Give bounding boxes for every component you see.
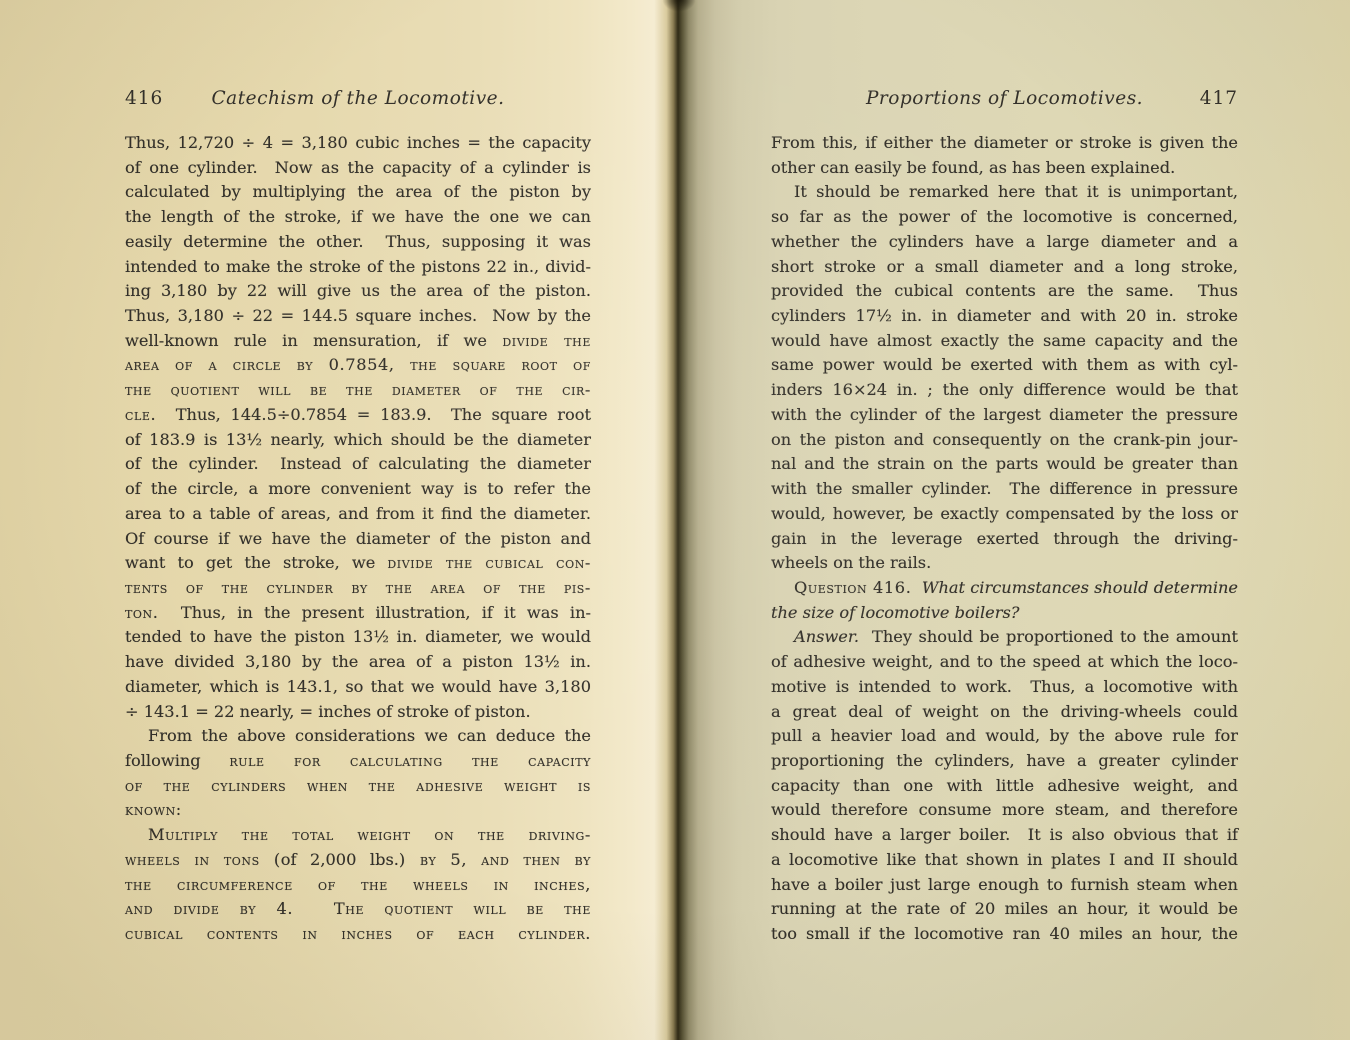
text-line: and divide by 4. The quotient will be th… [125,897,591,922]
body-text: of 183.9 is 13½ nearly, which should be … [125,430,591,449]
text-line: of one cylinder. Now as the capacity of … [125,156,591,181]
text-line: should have a larger boiler. It is also … [771,823,1238,848]
body-text: following [125,751,229,770]
body-text: wheels on the rails. [771,553,931,572]
text-line: Thus, 3,180 ÷ 22 = 144.5 square inches. … [125,304,591,329]
text-line: the quotient will be the diameter of the… [125,378,591,403]
text-line: short stroke or a small diameter and a l… [771,255,1238,280]
small-caps-text: the quotient will be the diameter of the… [125,380,591,399]
text-line: From this, if either the diameter or str… [771,131,1238,156]
left-page-text-block: Thus, 12,720 ÷ 4 = 3,180 cubic inches = … [125,131,591,947]
body-text: with the cylinder of the largest diamete… [771,405,1238,424]
body-text: a locomotive like that shown in plates I… [771,850,1238,869]
text-line: From the above considerations we can ded… [125,724,591,749]
body-text: It should be remarked here that it is un… [794,182,1238,201]
body-text: would therefore consume more steam, and … [771,800,1238,819]
body-text: running at the rate of 20 miles an hour,… [771,899,1238,918]
left-running-title: Catechism of the Locomotive. [125,88,591,109]
text-line: would therefore consume more steam, and … [771,798,1238,823]
text-line: Question 416. What circumstances should … [771,576,1238,601]
body-text: tended to have the piston 13½ in. diamet… [125,627,591,646]
small-caps-text: of the cylinders when the adhesive weigh… [125,776,591,795]
right-page-header: Proportions of Locomotives. 417 [771,88,1238,116]
text-line: whether the cylinders have a large diame… [771,230,1238,255]
text-line: provided the cubical contents are the sa… [771,279,1238,304]
small-caps-text: divide the cubical con- [387,553,591,572]
right-page: Proportions of Locomotives. 417 From thi… [678,0,1350,1040]
text-line: capacity than one with little adhesive w… [771,774,1238,799]
small-caps-text: Question 416. [794,578,911,597]
text-line: would have almost exactly the same capac… [771,329,1238,354]
body-text: with the smaller cylinder. The differenc… [771,479,1238,498]
text-line: Answer. They should be proportioned to t… [771,625,1238,650]
text-line: pull a heavier load and would, by the ab… [771,724,1238,749]
body-text: provided the cubical contents are the sa… [771,281,1238,300]
small-caps-text: wheels in tons ( [125,850,281,869]
text-line: proportioning the cylinders, have a grea… [771,749,1238,774]
right-page-text-block: From this, if either the diameter or str… [771,131,1238,947]
text-line: tended to have the piston 13½ in. diamet… [125,625,591,650]
body-text: They should be proportioned to the amoun… [859,627,1238,646]
body-text: nal and the strain on the parts would be… [771,454,1238,473]
text-line: of the cylinder. Instead of calculating … [125,452,591,477]
body-text: have divided 3,180 by the area of a pist… [125,652,591,671]
body-text: motive is intended to work. Thus, a loco… [771,677,1238,696]
body-text: pull a heavier load and would, by the ab… [771,726,1238,745]
right-running-title: Proportions of Locomotives. [771,88,1238,109]
body-text: of adhesive weight, and to the speed at … [771,652,1238,671]
text-line: Of course if we have the diameter of the… [125,527,591,552]
text-line: area of a circle by 0.7854, the square r… [125,353,591,378]
body-text: From the above considerations we can ded… [148,726,591,745]
text-line: well-known rule in mensuration, if we di… [125,329,591,354]
text-line: of the circle, a more convenient way is … [125,477,591,502]
text-line: so far as the power of the locomotive is… [771,205,1238,230]
text-line: inders 16×24 in. ; the only difference w… [771,378,1238,403]
body-text: too small if the locomotive ran 40 miles… [771,924,1238,943]
body-text: so far as the power of the locomotive is… [771,207,1238,226]
text-line: easily determine the other. Thus, suppos… [125,230,591,255]
text-line: of 183.9 is 13½ nearly, which should be … [125,428,591,453]
body-text: should have a larger boiler. It is also … [771,825,1238,844]
small-caps-text: Multiply the total weight on the driving… [148,825,591,844]
small-caps-text: known: [125,800,182,819]
text-line: nal and the strain on the parts would be… [771,452,1238,477]
body-text: the length of the stroke, if we have the… [125,207,591,226]
text-line: Multiply the total weight on the driving… [125,823,591,848]
text-line: with the smaller cylinder. The differenc… [771,477,1238,502]
body-text: have a boiler just large enough to furni… [771,875,1238,894]
text-line: a locomotive like that shown in plates I… [771,848,1238,873]
text-line: on the piston and consequently on the cr… [771,428,1238,453]
text-line: the length of the stroke, if we have the… [125,205,591,230]
text-line: same power would be exerted with them as… [771,353,1238,378]
text-line: ÷ 143.1 = 22 nearly, = inches of stroke … [125,700,591,725]
body-text: intended to make the stroke of the pisto… [125,257,591,276]
text-line: tents of the cylinder by the area of the… [125,576,591,601]
text-line: ton. Thus, in the present illustration, … [125,601,591,626]
body-text: whether the cylinders have a large diame… [771,232,1238,251]
text-line: would, however, be exactly compensated b… [771,502,1238,527]
text-line: cle. Thus, 144.5÷0.7854 = 183.9. The squ… [125,403,591,428]
italic-text: What circumstances should determine [911,578,1238,597]
text-line: known: [125,798,591,823]
body-text: Thus, 12,720 ÷ 4 = 3,180 cubic inches = … [125,133,591,152]
italic-text: Answer. [794,627,859,646]
body-text: proportioning the cylinders, have a grea… [771,751,1238,770]
small-caps-text: the circumference of the wheels in inche… [125,875,591,894]
book-spread: 416 Catechism of the Locomotive. Thus, 1… [0,0,1350,1040]
text-line: of adhesive weight, and to the speed at … [771,650,1238,675]
small-caps-text: tents of the cylinder by the area of the… [125,578,591,597]
text-line: gain in the leverage exerted through the… [771,527,1238,552]
body-text: on the piston and consequently on the cr… [771,430,1238,449]
text-line: want to get the stroke, we divide the cu… [125,551,591,576]
text-line: motive is intended to work. Thus, a loco… [771,675,1238,700]
left-page: 416 Catechism of the Locomotive. Thus, 1… [0,0,678,1040]
body-text: of 2,000 lbs. [281,850,399,869]
body-text: From this, if either the diameter or str… [771,133,1238,152]
small-caps-text: ) by 5, and then by [399,850,591,869]
text-line: following rule for calculating the capac… [125,749,591,774]
body-text: Of course if we have the diameter of the… [125,529,591,548]
body-text: well-known rule in mensuration, if we [125,331,502,350]
text-line: other can easily be found, as has been e… [771,156,1238,181]
text-line: cubical contents in inches of each cylin… [125,922,591,947]
text-line: Thus, 12,720 ÷ 4 = 3,180 cubic inches = … [125,131,591,156]
small-caps-text: ton. [125,603,159,622]
text-line: too small if the locomotive ran 40 miles… [771,922,1238,947]
text-line: the size of locomotive boilers? [771,601,1238,626]
body-text: other can easily be found, as has been e… [771,158,1175,177]
text-line: of the cylinders when the adhesive weigh… [125,774,591,799]
small-caps-text: and divide by 4. The quotient will be th… [125,899,591,918]
text-line: wheels in tons (of 2,000 lbs.) by 5, and… [125,848,591,873]
text-line: ing 3,180 by 22 will give us the area of… [125,279,591,304]
body-text: of the circle, a more convenient way is … [125,479,591,498]
text-line: diameter, which is 143.1, so that we wou… [125,675,591,700]
small-caps-text: area of a circle by 0.7854, the square r… [125,355,591,374]
body-text: Thus, in the present illustration, if it… [159,603,591,622]
body-text: a great deal of weight on the driving-wh… [771,702,1238,721]
text-line: have a boiler just large enough to furni… [771,873,1238,898]
left-page-header: 416 Catechism of the Locomotive. [125,88,591,116]
text-line: cylinders 17½ in. in diameter and with 2… [771,304,1238,329]
body-text: easily determine the other. Thus, suppos… [125,232,591,251]
body-text: ÷ 143.1 = 22 nearly, = inches of stroke … [125,702,531,721]
body-text: inders 16×24 in. ; the only difference w… [771,380,1238,399]
small-caps-text: divide the [502,331,591,350]
text-line: area to a table of areas, and from it fi… [125,502,591,527]
text-line: running at the rate of 20 miles an hour,… [771,897,1238,922]
small-caps-text: cubical contents in inches of each cylin… [125,924,591,943]
body-text: would, however, be exactly compensated b… [771,504,1238,523]
body-text: same power would be exerted with them as… [771,355,1238,374]
body-text: of the cylinder. Instead of calculating … [125,454,591,473]
text-line: the circumference of the wheels in inche… [125,873,591,898]
text-line: have divided 3,180 by the area of a pist… [125,650,591,675]
body-text: of one cylinder. Now as the capacity of … [125,158,591,177]
body-text: calculated by multiplying the area of th… [125,182,591,201]
text-line: intended to make the stroke of the pisto… [125,255,591,280]
body-text: area to a table of areas, and from it fi… [125,504,591,523]
body-text: want to get the stroke, we [125,553,387,572]
body-text: diameter, which is 143.1, so that we wou… [125,677,591,696]
text-line: It should be remarked here that it is un… [771,180,1238,205]
body-text: short stroke or a small diameter and a l… [771,257,1238,276]
italic-text: the size of locomotive boilers? [771,603,1019,622]
text-line: a great deal of weight on the driving-wh… [771,700,1238,725]
text-line: with the cylinder of the largest diamete… [771,403,1238,428]
text-line: wheels on the rails. [771,551,1238,576]
body-text: Thus, 3,180 ÷ 22 = 144.5 square inches. … [125,306,591,325]
body-text: gain in the leverage exerted through the… [771,529,1238,548]
right-page-number: 417 [1200,88,1238,109]
small-caps-text: cle. [125,405,156,424]
body-text: Thus, 144.5÷0.7854 = 183.9. The square r… [156,405,591,424]
text-line: calculated by multiplying the area of th… [125,180,591,205]
body-text: capacity than one with little adhesive w… [771,776,1238,795]
body-text: cylinders 17½ in. in diameter and with 2… [771,306,1238,325]
body-text: would have almost exactly the same capac… [771,331,1238,350]
body-text: ing 3,180 by 22 will give us the area of… [125,281,591,300]
small-caps-text: rule for calculating the capacity [229,751,591,770]
